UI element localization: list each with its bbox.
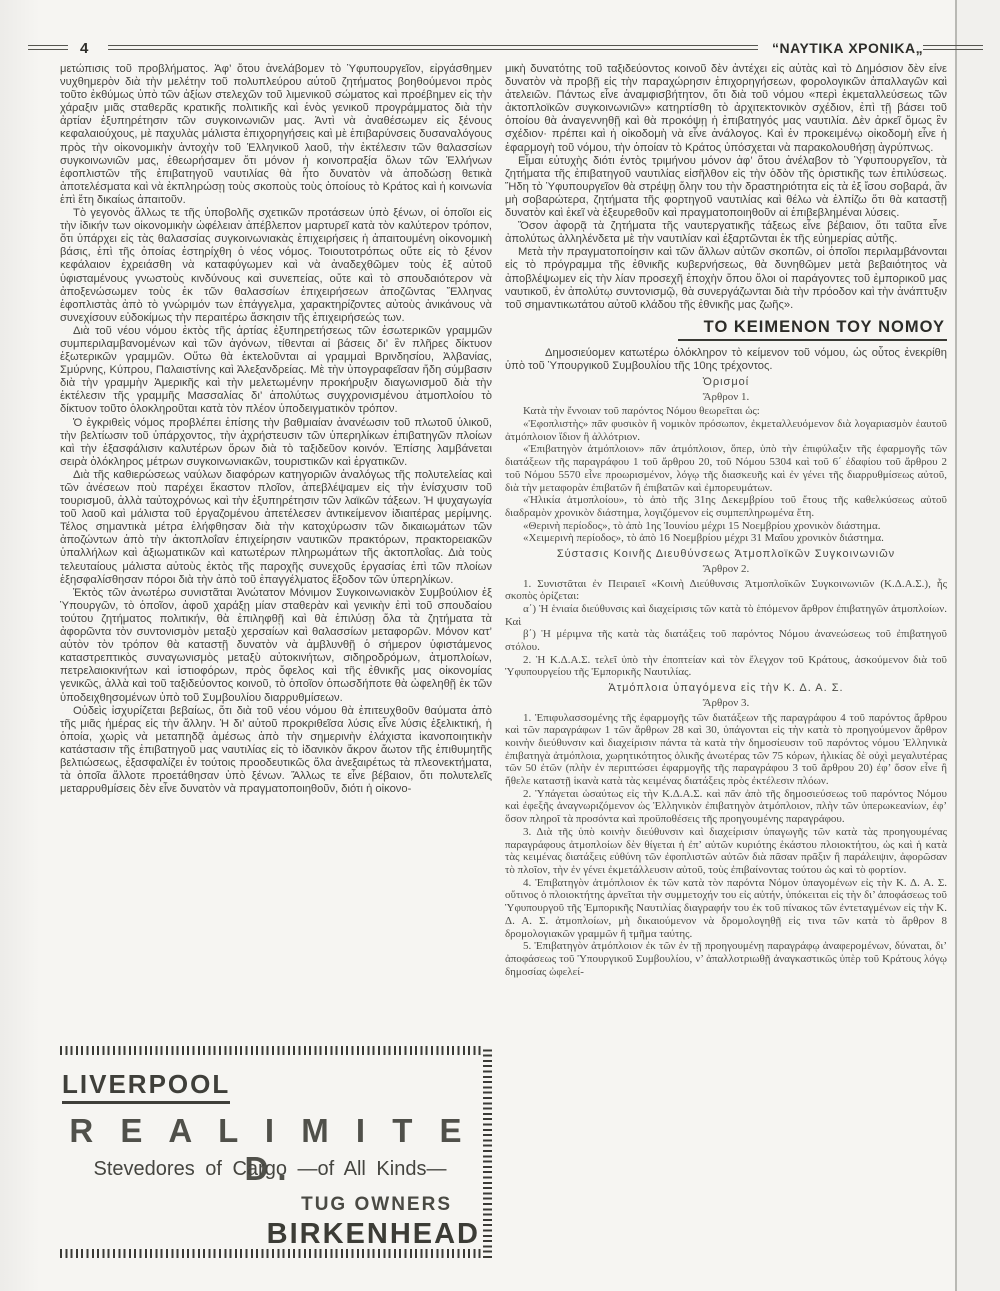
article-3-heading: Ἄρθρον 3. [505,697,947,710]
article-paragraph: Τὸ γεγονὸς ἄλλως τε τῆς ὑποβολῆς σχετικῶ… [60,207,492,325]
page-margin-right [957,0,1000,1291]
law-paragraph: 3. Διὰ τῆς ὑπὸ κοινὴν διεύθυνσιν καὶ δια… [505,826,947,877]
article-1-heading: Ἄρθρον 1. [505,391,947,404]
page-number: 4 [80,40,88,57]
law-paragraph: «Ἡλικία ἀτμοπλοίου», τὸ ἀπὸ τῆς 31ης Δεκ… [505,494,947,519]
law-paragraph: 1. Ἐπιφυλασσομένης τῆς ἐφαρμογῆς τῶν δια… [505,712,947,788]
law-paragraph: «Χειμερινὴ περίοδος», τὸ ἀπὸ 16 Νοεμβρίο… [505,532,947,545]
article-paragraph: Ὅσον ἀφορᾷ τὰ ζητήματα τῆς ναυτεργατικῆς… [505,220,947,246]
law-paragraph: «Ἐπιβατηγὸν ἀτμόπλοιον» πᾶν ἀτμόπλοιον, … [505,443,947,494]
law-paragraph: 2. Ὑπάγεται ὡσαύτως εἰς τὴν Κ.Δ.Α.Σ. καὶ… [505,788,947,826]
left-column: μετώπισις τοῦ προβλήματος. Ἀφ’ ὅτου ἀνελ… [60,63,492,1041]
section-heading-wrap: ΤΟ ΚΕΙΜΕΝΟΝ ΤΟΥ ΝΟΜΟΥ [505,318,947,341]
header-rule-right [923,45,983,50]
law-paragraph: «Θερινὴ περίοδος», τὸ ἀπὸ 1ης Ἰουνίου μέ… [505,520,947,533]
magazine-page: 4 “ΝΑΥΤΙΚΑ ΧΡΟΝΙΚΑ„ μετώπισις τοῦ προβλή… [0,0,1000,1291]
article-paragraph: Διὰ τῆς καθιερώσεως ναύλων διαφόρων κατη… [60,469,492,587]
article-2-heading: Ἄρθρον 2. [505,563,947,576]
law-paragraph: β΄) Ἡ μέριμνα τῆς κατὰ τὰς διατάξεις τοῦ… [505,628,947,653]
article-paragraph: Εἶμαι εὐτυχὴς διότι ἐντὸς τριμήνου μόνον… [505,155,947,220]
law-paragraph: α΄) Ἡ ἑνιαία διεύθυνσις καὶ διαχείρισις … [505,603,947,628]
law-intro-paragraph: Δημοσιεύομεν κατωτέρω ὁλόκληρον τὸ κείμε… [505,347,947,373]
article-paragraph: Ὁ ἐγκριθεὶς νόμος προβλέπει ἐπίσης τὴν β… [60,417,492,469]
ad-city: LIVERPOOL [62,1069,230,1104]
law-paragraph: «Ἐφοπλιστὴς» πᾶν φυσικὸν ἢ νομικὸν πρόσω… [505,418,947,443]
law-paragraph: 5. Ἐπιβατηγὸν ἀτμόπλοιον ἐκ τῶν ἐν τῇ πρ… [505,940,947,978]
article-paragraph: Διὰ τοῦ νέου νόμου ἐκτὸς τῆς ἀρτίας ἐξυπ… [60,325,492,417]
article-paragraph: Μετὰ τὴν πραγματοποίησιν καὶ τῶν ἄλλων α… [505,246,947,311]
subheading-atmoploia: Ἀτμόπλοια ὑπαγόμενα εἰς τὴν Κ. Δ. Α. Σ. [505,682,947,695]
masthead-title: “ΝΑΥΤΙΚΑ ΧΡΟΝΙΚΑ„ [772,40,923,56]
article-paragraph: Οὐδεὶς ἰσχυρίζεται βεβαίως, ὅτι διὰ τοῦ … [60,705,492,797]
ad-tug-owners: TUG OWNERS [301,1194,452,1216]
subheading-definitions: Ὁρισμοί [505,376,947,389]
ad-tagline: Stevedores of Cargo —of All Kinds— [60,1158,480,1181]
law-paragraph: 1. Συνιστᾶται ἐν Πειραιεῖ «Κοινὴ Διεύθυν… [505,578,947,603]
header-rule-left [28,45,68,50]
header-rule-center [108,45,758,50]
ad-border-top [60,1046,484,1055]
page-header: 4 “ΝΑΥΤΙΚΑ ΧΡΟΝΙΚΑ„ [60,40,950,58]
ad-border-right [483,1046,492,1258]
law-paragraph: 4. Ἐπιβατηγὸν ἀτμόπλοιον ἐκ τῶν κατὰ τὸν… [505,877,947,941]
page-edge-line [955,0,957,1291]
law-paragraph: 2. Ἡ Κ.Δ.Α.Σ. τελεῖ ὑπὸ τὴν ἐποπτείαν κα… [505,654,947,679]
ad-birkenhead: BIRKENHEAD [267,1218,480,1251]
advertisement-rea-limited: LIVERPOOL R E A L I M I T E D. Stevedore… [60,1046,492,1258]
law-text-block: Ὁρισμοί Ἄρθρον 1. Κατὰ τὴν ἔννοιαν τοῦ π… [505,376,947,978]
law-paragraph: Κατὰ τὴν ἔννοιαν τοῦ παρόντος Νόμου θεωρ… [505,405,947,418]
article-paragraph: Ἐκτὸς τῶν ἀνωτέρω συνιστᾶται Ἀνώτατον Μό… [60,587,492,705]
article-paragraph: μετώπισις τοῦ προβλήματος. Ἀφ’ ὅτου ἀνελ… [60,63,492,207]
subheading-kdas: Σύστασις Κοινῆς Διευθύνσεως Ἀτμοπλοϊκῶν … [505,548,947,561]
article-paragraph: μικὴ δυνατότης τοῦ ταξιδεύοντος κοινοῦ δ… [505,63,947,155]
right-column: μικὴ δυνατότης τοῦ ταξιδεύοντος κοινοῦ δ… [505,63,947,1285]
section-heading-law-text: ΤΟ ΚΕΙΜΕΝΟΝ ΤΟΥ ΝΟΜΟΥ [678,318,947,341]
